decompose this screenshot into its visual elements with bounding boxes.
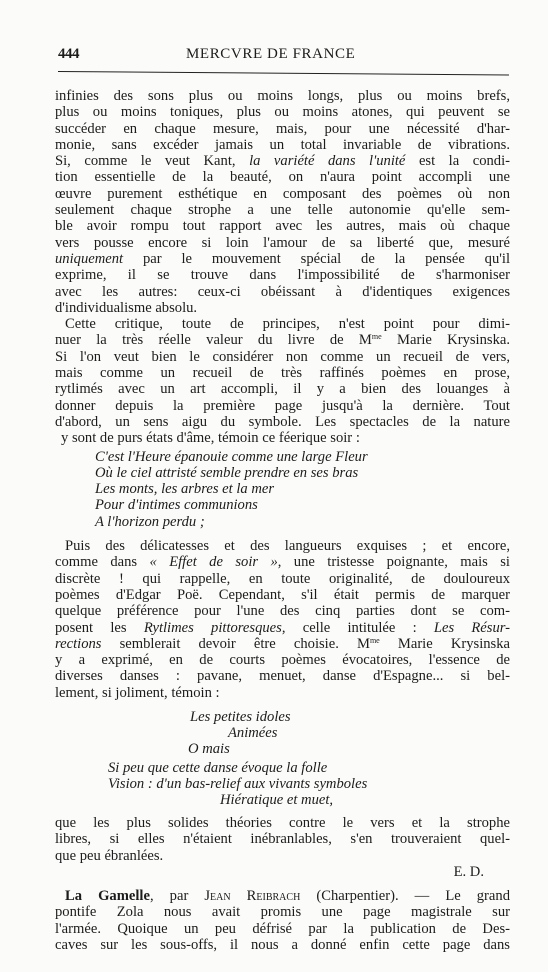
header-rule [58,71,509,76]
text-line: vers pousse encore si loin l'amour de sa… [55,235,510,251]
spacer [55,530,510,538]
verse-line: Si peu que cette danse évoque la folle [108,760,327,776]
italic-phrase: la variété dans l'unité [249,153,405,169]
verse-line: Vision : d'un bas-relief aux vivants sym… [108,776,367,792]
text-line: discrète ! qui rappelle, en toute origin… [55,571,510,587]
verse-line: C'est l'Heure épanouie comme une large F… [95,449,510,465]
review-author: Jean Reibrach [204,888,300,904]
spacer [55,880,510,888]
text-line: exprime, il se trouve dans l'impossibili… [55,267,510,283]
page-header: 444 MERCVRE DE FRANCE [58,44,510,66]
text-line: succéder en chaque mesure, mais, pour un… [55,121,510,137]
text-line: rytlimés avec un art accompli, il y a bi… [55,381,510,397]
running-title: MERCVRE DE FRANCE [186,46,355,63]
verse-line: Pour d'intimes communions [95,497,510,513]
text-line: tion essentielle de la beauté, on n'aura… [55,169,510,185]
verse-quote-2: Les petites idoles Animées O mais Si peu… [55,709,510,815]
text-line: rections semblerait devoir être choisie.… [55,636,510,652]
text-line: y a exprimé, en de courts poèmes évocato… [55,652,510,668]
review-heading-line: La Gamelle, par Jean Reibrach (Charpenti… [55,888,510,904]
review-title: La Gamelle [65,888,150,904]
italic-word: uniquement [55,251,123,267]
text-line: Si l'on veut bien le considérer non comm… [55,349,510,365]
verse-line: Où le ciel attristé semble prendre en se… [95,465,510,481]
text-line: posent les Rytlimes pittoresques, celle … [55,620,510,636]
text-line: uniquement par le mouvement spécial de l… [55,251,510,267]
text-line: que les plus solides théories contre le … [55,815,510,831]
text-line: libres, si elles n'étaient inébranlables… [55,831,510,847]
text-line: d'abord, un sens aigu du symbole. Les sp… [55,414,510,430]
page-number: 444 [58,46,79,63]
text-line: diverses danses : pavane, menuet, danse … [55,668,510,684]
text-line: infinies des sons plus ou moins longs, p… [55,88,510,104]
signature: E. D. [55,864,510,880]
text-line: seulement chaque strophe a une telle aut… [55,202,510,218]
text-line: d'individualisme absolu. [55,300,510,316]
verse-line: O mais [188,741,230,757]
text-line: nuer la très réelle valeur du livre de M… [55,332,510,348]
scanned-page: 444 MERCVRE DE FRANCE infinies des sons … [0,0,548,972]
text-line: ble avoir rompu tout rapport avec les au… [55,218,510,234]
verse-line: A l'horizon perdu ; [95,514,510,530]
verse-line: Les petites idoles [190,709,291,725]
text-line: avec les autres: ceux-ci obéissant à d'i… [55,284,510,300]
text-line: lement, si joliment, témoin : [55,685,510,701]
verse-line: Les monts, les arbres et la mer [95,481,510,497]
text-line: monie, sans excéder jamais un total inva… [55,137,510,153]
verse-line: Animées [228,725,277,741]
text-line: poèmes d'Edgar Poë. Cependant, s'il étai… [55,587,510,603]
text-line: pontife Zola nous avait promis une page … [55,904,510,920]
text-line: quelque préférence pour l'une des cinq p… [55,603,510,619]
text-line: donner depuis la première page jusqu'à l… [55,398,510,414]
verse-quote-1: C'est l'Heure épanouie comme une large F… [55,449,510,530]
text-line: comme dans « Effet de soir », une triste… [55,554,510,570]
text-line: Si, comme le veut Kant, la variété dans … [55,153,510,169]
verse-line: Hiératique et muet, [220,792,333,808]
text-line: que peu ébranlées. [55,848,510,864]
text-line: œuvre purement esthétique en composant d… [55,186,510,202]
text-line: y sont de purs états d'âme, témoin ce fé… [55,430,510,446]
text-line: Cette critique, toute de principes, n'es… [55,316,510,332]
body-text: infinies des sons plus ou moins longs, p… [55,88,510,953]
text-line: caves sur les sous-offs, il nous a donné… [55,937,510,953]
text-line: plus ou moins toniques, plus ou moins at… [55,104,510,120]
text-line: Puis des délicatesses et des langueurs e… [55,538,510,554]
text-line: mais comme un recueil de très raffinés p… [55,365,510,381]
text-line: l'armée. Quoique un peu défrisé par la p… [55,921,510,937]
